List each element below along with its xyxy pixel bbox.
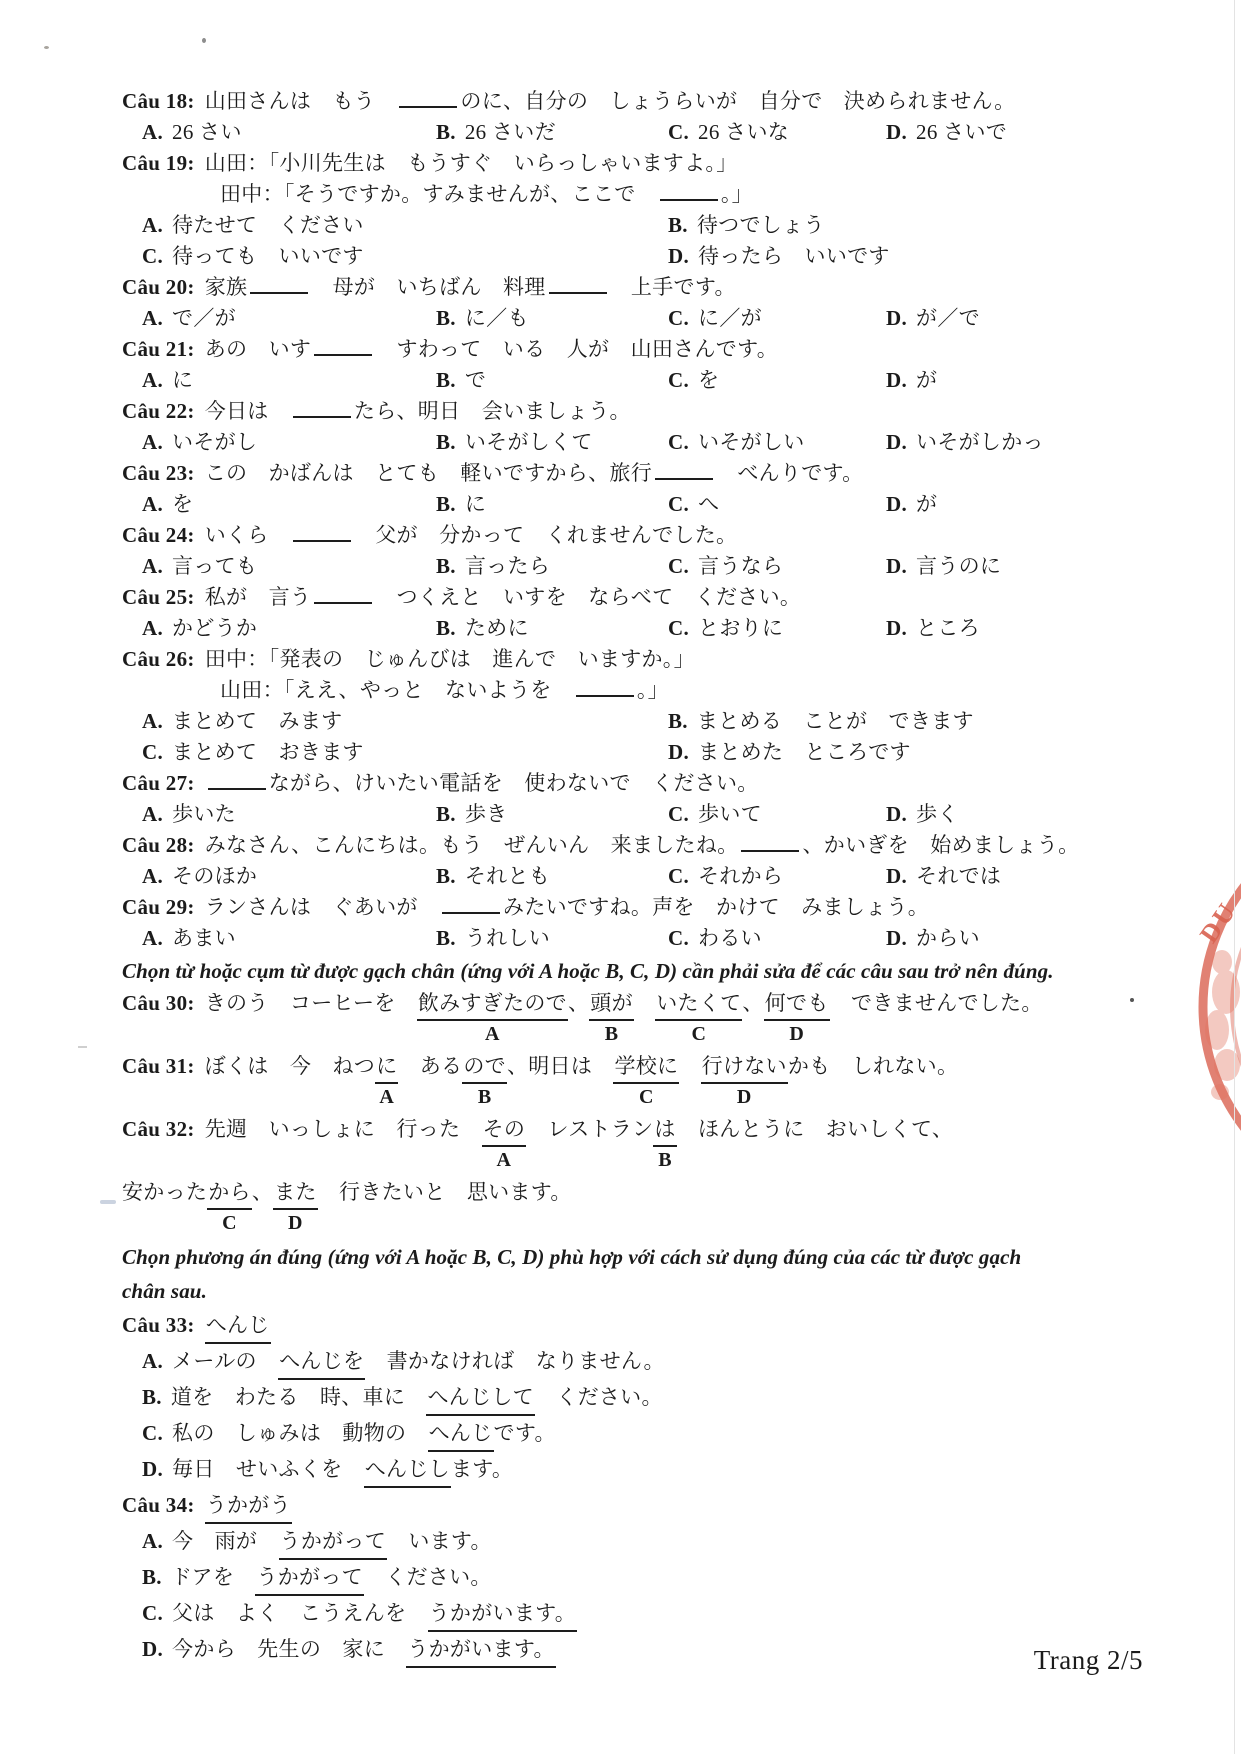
option-D: D.が <box>886 489 1146 520</box>
option-text: いそがしい <box>698 430 805 454</box>
segment-letter: B <box>462 1084 507 1111</box>
question-number: Câu 31: <box>122 1054 195 1078</box>
option-text: 26 さい <box>172 120 242 144</box>
segment-letter: C <box>207 1210 252 1237</box>
options-row: A.かどうかB.ためにC.とおりにD.ところ <box>142 613 1146 644</box>
option-D: D.歩く <box>886 799 1146 830</box>
options-row: A.あまいB.うれしいC.わるいD.からい <box>142 923 1146 954</box>
option-D: D.いそがしかっ <box>886 427 1146 458</box>
stem-text: 父が 分かって くれませんでした。 <box>354 523 737 547</box>
option-text: で／が <box>172 306 236 330</box>
stem-text: 書かなければ なりません。 <box>365 1349 664 1373</box>
underlined-segment: またD <box>273 1177 318 1237</box>
option-letter: C. <box>668 492 689 516</box>
question-number: Câu 29: <box>122 895 195 919</box>
underlined-text: うかがいます。 <box>428 1596 577 1632</box>
option-C: C.へ <box>668 489 886 520</box>
stem-text: ランさんは ぐあいが <box>205 895 439 919</box>
option-text: 言うのに <box>916 554 1001 578</box>
underlined-text: ので <box>462 1051 507 1084</box>
option-B: B.に／も <box>436 303 668 334</box>
option-text: わるい <box>698 926 762 950</box>
question-line: Câu 21:あの いす すわって いる 人が 山田さんです。 <box>122 334 1146 365</box>
option-letter: D. <box>886 120 907 144</box>
section-instruction: Chọn phương án đúng (ứng với A hoặc B, C… <box>122 1240 1146 1308</box>
question-cau20: Câu 20:家族 母が いちばん 料理 上手です。A.で／がB.に／もC.に／… <box>122 272 1146 334</box>
option-A: A.言っても <box>142 551 436 582</box>
question-cau19: Câu 19:山田：「小川先生は もうすぐ いらっしゃいますよ。」田中：「そうで… <box>122 148 1146 272</box>
question-line: Câu 28:みなさん、こんにちは。もう ぜんいん 来ましたね。、かいぎを 始め… <box>122 830 1146 861</box>
option-D: D.26 さいで <box>886 117 1146 148</box>
stem-text: 父は よく こうえんを <box>172 1601 428 1625</box>
stem-text: 私が 言う <box>205 585 312 609</box>
option-letter: A. <box>142 864 163 888</box>
option-B: B.それとも <box>436 861 668 892</box>
option-letter: D. <box>668 244 689 268</box>
option-C: C.歩いて <box>668 799 886 830</box>
stem-text: 安かった <box>122 1180 207 1204</box>
stem-text: 山田：「ええ、やっと ないようを <box>220 678 573 702</box>
underlined-segment: そのA <box>482 1114 527 1174</box>
option-letter: A. <box>142 306 163 330</box>
options-row: A.で／がB.に／もC.に／がD.が／で <box>142 303 1146 334</box>
options-row: A.をB.にC.へD.が <box>142 489 1146 520</box>
option-line-B: B.ドアを うかがって ください。 <box>142 1560 1146 1596</box>
option-text: いそがしかっ <box>916 430 1044 454</box>
stem-text: 山田さんは もう <box>205 89 397 113</box>
option-line-A: A.メールの へんじを 書かなければ なりません。 <box>142 1344 1146 1380</box>
option-letter: D. <box>886 430 907 454</box>
option-A: A.待たせて ください <box>142 210 668 241</box>
question-number: Câu 34: <box>122 1493 195 1517</box>
question-line: Câu 19:山田：「小川先生は もうすぐ いらっしゃいますよ。」 <box>122 148 1146 179</box>
blank-line <box>576 678 634 697</box>
stem-text: 。」 <box>637 678 669 702</box>
underlined-text: いたくて <box>655 988 742 1021</box>
option-text: いそがしくて <box>465 430 593 454</box>
blank-line <box>208 771 266 790</box>
option-text: それから <box>698 864 783 888</box>
stem-text: かも しれない。 <box>788 1054 958 1078</box>
option-letter: D. <box>886 554 907 578</box>
option-text: あまい <box>172 926 236 950</box>
question-cau33: Câu 33:へんじA.メールの へんじを 書かなければ なりません。B.道を … <box>122 1308 1146 1488</box>
underlined-text: また <box>273 1177 318 1210</box>
option-letter: C. <box>668 368 689 392</box>
stem-text: 道を わたる 時、車に <box>171 1385 427 1409</box>
option-text: かどうか <box>172 616 257 640</box>
option-text: に <box>465 492 486 516</box>
option-text: それとも <box>465 864 550 888</box>
option-line-A: A.今 雨が うかがって います。 <box>142 1524 1146 1560</box>
underlined-segment: のでB <box>462 1051 507 1111</box>
stem-text: たら、明日 会いましょう。 <box>354 399 631 423</box>
underlined-text: へんじし <box>364 1452 451 1488</box>
option-letter: A. <box>142 802 163 826</box>
stem-text: ください。 <box>364 1565 492 1589</box>
underlined-text: へんじ <box>205 1308 271 1344</box>
stem-text: ながら、けいたい電話を 使わないで ください。 <box>269 771 759 795</box>
option-letter: B. <box>142 1385 162 1409</box>
option-A: A.を <box>142 489 436 520</box>
stem-text: です。 <box>494 1421 556 1445</box>
option-text: まとめて おきます <box>172 740 364 764</box>
option-A: A.あまい <box>142 923 436 954</box>
instruction-line: Chọn phương án đúng (ứng với A hoặc B, C… <box>122 1240 1146 1274</box>
option-letter: B. <box>436 616 456 640</box>
option-letter: D. <box>142 1457 163 1481</box>
option-B: B.歩き <box>436 799 668 830</box>
blank-line <box>250 275 308 294</box>
option-letter: A. <box>142 368 163 392</box>
option-letter: D. <box>886 368 907 392</box>
option-letter: B. <box>436 368 456 392</box>
stem-text: います。 <box>387 1529 492 1553</box>
option-line-D: D.毎日 せいふくを へんじします。 <box>142 1452 1146 1488</box>
stem-text: 毎日 せいふくを <box>172 1457 364 1481</box>
options-row: A.26 さいB.26 さいだC.26 さいなD.26 さいで <box>142 117 1146 148</box>
page-number: Trang 2/5 <box>1034 1645 1143 1676</box>
option-D: D.言うのに <box>886 551 1146 582</box>
stem-text: 今から 先生の 家に <box>172 1637 406 1661</box>
section-instruction: Chọn từ hoặc cụm từ được gạch chân (ứng … <box>122 954 1146 988</box>
option-text: まとめる ことが できます <box>697 709 974 733</box>
stem-text: 家族 <box>205 275 248 299</box>
option-text: それでは <box>916 864 1001 888</box>
stem-text: いくら <box>205 523 290 547</box>
underlined-text: うかがいます。 <box>406 1632 555 1668</box>
segment-letter: D <box>273 1210 318 1237</box>
underlined-segment: はB <box>653 1114 676 1174</box>
scan-mark <box>78 1046 87 1048</box>
stem-text: 私の しゅみは 動物の <box>172 1421 428 1445</box>
underlined-text: 行けない <box>701 1051 788 1084</box>
blank-line <box>655 461 713 480</box>
question-number: Câu 25: <box>122 585 195 609</box>
underlined-text: うかがう <box>205 1488 292 1524</box>
options-row: A.言ってもB.言ったらC.言うならD.言うのに <box>142 551 1146 582</box>
underlined-text: に <box>375 1051 398 1084</box>
question-cau21: Câu 21:あの いす すわって いる 人が 山田さんです。A.にB.でC.を… <box>122 334 1146 396</box>
option-D: D.待ったら いいです <box>668 241 1146 272</box>
question-cau29: Câu 29:ランさんは ぐあいが みたいですね。声を かけて みましょう。A.… <box>122 892 1146 954</box>
segment-letter: B <box>653 1147 676 1174</box>
question-number: Câu 28: <box>122 833 195 857</box>
question-line: 山田：「ええ、やっと ないようを 。」 <box>220 675 1146 706</box>
question-line: Câu 25:私が 言う つくえと いすを ならべて ください。 <box>122 582 1146 613</box>
option-text: を <box>698 368 719 392</box>
option-D: D.それでは <box>886 861 1146 892</box>
option-letter: C. <box>668 306 689 330</box>
stem-text: 今 雨が <box>172 1529 279 1553</box>
question-cau30: Câu 30:きのう コーヒーを 飲みすぎたのでA、頭がB いたくてC、何でもD… <box>122 988 1146 1051</box>
stem-text: 母が いちばん 料理 <box>311 275 545 299</box>
question-cau25: Câu 25:私が 言う つくえと いすを ならべて ください。A.かどうかB.… <box>122 582 1146 644</box>
option-letter: D. <box>886 306 907 330</box>
option-letter: B. <box>142 1565 162 1589</box>
question-line: Câu 22:今日は たら、明日 会いましょう。 <box>122 396 1146 427</box>
question-cau32: Câu 32:先週 いっしょに 行った そのA レストランはB ほんとうに おい… <box>122 1114 1146 1240</box>
option-letter: C. <box>142 740 163 764</box>
stem-text: ます。 <box>451 1457 513 1481</box>
underlined-segment: 行けないD <box>701 1051 788 1111</box>
question-number: Câu 21: <box>122 337 195 361</box>
question-number: Câu 27: <box>122 771 195 795</box>
option-text: で <box>465 368 486 392</box>
options-row: A.そのほかB.それともC.それからD.それでは <box>142 861 1146 892</box>
question-line: Câu 29:ランさんは ぐあいが みたいですね。声を かけて みましょう。 <box>122 892 1146 923</box>
option-letter: C. <box>668 616 689 640</box>
underlined-segment: 頭がB <box>589 988 634 1048</box>
stem-text: 、 <box>568 991 589 1015</box>
underlined-text: 何でも <box>764 988 830 1021</box>
option-B: B.に <box>436 489 668 520</box>
question-number: Câu 20: <box>122 275 195 299</box>
stem-text: ドアを <box>171 1565 256 1589</box>
blank-line <box>549 275 607 294</box>
underlined-segment: うかがって <box>255 1560 364 1596</box>
blank-line <box>741 833 799 852</box>
stem-text <box>679 1054 700 1078</box>
question-line: Câu 24:いくら 父が 分かって くれませんでした。 <box>122 520 1146 551</box>
option-letter: C. <box>668 864 689 888</box>
stem-text: 今日は <box>205 399 290 423</box>
segment-letter: D <box>764 1021 830 1048</box>
stem-text: つくえと いすを ならべて ください。 <box>375 585 801 609</box>
option-letter: D. <box>668 740 689 764</box>
option-letter: D. <box>886 802 907 826</box>
stem-text: みたいですね。声を かけて みましょう。 <box>503 895 929 919</box>
question-number: Câu 24: <box>122 523 195 547</box>
underlined-text: は <box>653 1114 676 1147</box>
underlined-segment: へんじして <box>426 1380 535 1416</box>
option-text: 言っても <box>172 554 257 578</box>
underlined-segment: 何でもD <box>764 988 830 1048</box>
option-C: C.待っても いいです <box>142 241 668 272</box>
segment-letter: A <box>375 1084 398 1111</box>
option-text: からい <box>916 926 980 950</box>
option-text: そのほか <box>172 864 257 888</box>
option-B: B.まとめる ことが できます <box>668 706 1146 737</box>
option-letter: A. <box>142 430 163 454</box>
option-text: が <box>916 492 937 516</box>
underlined-segment: うかがう <box>205 1488 292 1524</box>
option-A: A.に <box>142 365 436 396</box>
option-text: いそがし <box>172 430 257 454</box>
stem-text: できませんでした。 <box>830 991 1043 1015</box>
option-C: C.を <box>668 365 886 396</box>
underlined-text: 学校に <box>613 1051 679 1084</box>
scanned-exam-page: { "page": { "footer_label": "Trang 2/5",… <box>0 0 1241 1754</box>
option-letter: B. <box>436 554 456 578</box>
option-B: B.いそがしくて <box>436 427 668 458</box>
option-letter: C. <box>668 430 689 454</box>
option-text: 言ったら <box>465 554 550 578</box>
blank-line <box>442 895 500 914</box>
option-text: まとめた ところです <box>698 740 911 764</box>
underlined-text: うかがって <box>255 1560 364 1596</box>
underlined-text: 飲みすぎたので <box>417 988 568 1021</box>
question-line: Câu 33:へんじ <box>122 1308 1146 1344</box>
option-letter: C. <box>668 926 689 950</box>
option-line-C: C.父は よく こうえんを うかがいます。 <box>142 1596 1146 1632</box>
option-D: D.ところ <box>886 613 1146 644</box>
stem-text: ぼくは 今 ねつ <box>205 1054 375 1078</box>
stem-text: ください。 <box>535 1385 663 1409</box>
option-C: C.とおりに <box>668 613 886 644</box>
option-letter: A. <box>142 213 163 237</box>
stem-text <box>634 991 655 1015</box>
stem-text: 。」 <box>721 182 753 206</box>
question-line: Câu 34:うかがう <box>122 1488 1146 1524</box>
stem-text: 、 <box>252 1180 273 1204</box>
stem-text: ほんとうに おいしくて、 <box>677 1117 953 1141</box>
option-letter: D. <box>886 864 907 888</box>
instruction-line: chân sau. <box>122 1274 1146 1308</box>
option-letter: B. <box>436 430 456 454</box>
option-text: ところ <box>916 616 980 640</box>
option-letter: A. <box>142 120 163 144</box>
option-letter: B. <box>436 306 456 330</box>
option-text: 待たせて ください <box>172 213 364 237</box>
stem-text: 田中：「そうですか。すみませんが、ここで <box>220 182 657 206</box>
question-line: Câu 27:ながら、けいたい電話を 使わないで ください。 <box>122 768 1146 799</box>
option-text: 歩いた <box>172 802 236 826</box>
option-letter: B. <box>436 492 456 516</box>
option-letter: D. <box>886 616 907 640</box>
option-letter: A. <box>142 926 163 950</box>
option-text: 26 さいな <box>698 120 789 144</box>
blank-line <box>660 182 718 201</box>
stem-text: メールの <box>172 1349 278 1373</box>
option-text: 26 さいで <box>916 120 1007 144</box>
stem-text: みなさん、こんにちは。もう ぜんいん 来ましたね。 <box>205 833 739 857</box>
option-text: 歩いて <box>698 802 762 826</box>
options-row: A.まとめて みますB.まとめる ことが できますC.まとめて おきますD.まと… <box>142 706 1146 768</box>
question-line: Câu 23:この かばんは とても 軽いですから、旅行 べんりです。 <box>122 458 1146 489</box>
underlined-text: へんじして <box>426 1380 535 1416</box>
option-letter: A. <box>142 492 163 516</box>
option-line-D: D.今から 先生の 家に うかがいます。 <box>142 1632 1146 1668</box>
option-letter: C. <box>142 1421 163 1445</box>
option-text: ために <box>465 616 529 640</box>
stem-text: 田中：「発表の じゅんびは 進んで いますか。」 <box>205 647 695 671</box>
scan-speck <box>1130 998 1134 1002</box>
question-number: Câu 19: <box>122 151 195 175</box>
option-text: を <box>172 492 193 516</box>
underlined-segment: うかがって <box>279 1524 388 1560</box>
option-text: に／が <box>698 306 762 330</box>
stem-text: 上手です。 <box>610 275 736 299</box>
underlined-text: その <box>482 1114 527 1147</box>
option-D: D.が／で <box>886 303 1146 334</box>
exam-body: Câu 18:山田さんは もう のに、自分の しょうらいが 自分で 決められませ… <box>122 86 1146 1668</box>
option-C: C.いそがしい <box>668 427 886 458</box>
underlined-text: から <box>207 1177 252 1210</box>
options-row: A.いそがしB.いそがしくてC.いそがしいD.いそがしかっ <box>142 427 1146 458</box>
option-A: A.26 さい <box>142 117 436 148</box>
option-D: D.まとめた ところです <box>668 737 1146 768</box>
option-C: C.に／が <box>668 303 886 334</box>
blank-line <box>314 585 372 604</box>
option-letter: D. <box>142 1637 163 1661</box>
option-D: D.が <box>886 365 1146 396</box>
segment-letter: C <box>613 1084 679 1111</box>
options-row: A.待たせて くださいB.待つでしょうC.待っても いいですD.待ったら いいで… <box>142 210 1146 272</box>
option-text: へ <box>698 492 719 516</box>
scan-edge-line <box>1234 0 1235 1754</box>
option-text: 待つでしょう <box>697 213 825 237</box>
option-D: D.からい <box>886 923 1146 954</box>
question-line: Câu 18:山田さんは もう のに、自分の しょうらいが 自分で 決められませ… <box>122 86 1146 117</box>
stem-text: 山田：「小川先生は もうすぐ いらっしゃいますよ。」 <box>205 151 738 175</box>
question-cau31: Câu 31:ぼくは 今 ねつにA あるのでB、明日は 学校にC 行けないDかも… <box>122 1051 1146 1114</box>
option-C: C.26 さいな <box>668 117 886 148</box>
blank-line <box>293 399 351 418</box>
scan-speck <box>44 46 49 49</box>
question-number: Câu 32: <box>122 1117 195 1141</box>
question-line: 安かったからC、またD 行きたいと 思います。 <box>122 1177 1146 1240</box>
option-B: B.ために <box>436 613 668 644</box>
option-A: A.まとめて みます <box>142 706 668 737</box>
option-line-B: B.道を わたる 時、車に へんじして ください。 <box>142 1380 1146 1416</box>
option-text: 言うなら <box>698 554 783 578</box>
option-text: うれしい <box>465 926 550 950</box>
option-B: B.待つでしょう <box>668 210 1146 241</box>
stem-text: あの いす <box>205 337 312 361</box>
option-letter: B. <box>436 802 456 826</box>
option-letter: B. <box>436 120 456 144</box>
underlined-segment: 学校にC <box>613 1051 679 1111</box>
underlined-segment: へんじ <box>205 1308 271 1344</box>
option-text: 26 さいだ <box>465 120 556 144</box>
underlined-segment: にA <box>375 1051 398 1111</box>
option-letter: B. <box>436 926 456 950</box>
options-row: A.にB.でC.をD.が <box>142 365 1146 396</box>
question-number: Câu 33: <box>122 1313 195 1337</box>
question-line: 田中：「そうですか。すみませんが、ここで 。」 <box>220 179 1146 210</box>
option-letter: C. <box>142 1601 163 1625</box>
option-letter: B. <box>668 709 688 733</box>
blank-line <box>314 337 372 356</box>
option-letter: C. <box>142 244 163 268</box>
option-letter: A. <box>142 1349 163 1373</box>
option-text: が <box>916 368 937 392</box>
question-number: Câu 30: <box>122 991 195 1015</box>
option-C: C.言うなら <box>668 551 886 582</box>
underlined-text: へんじ <box>428 1416 494 1452</box>
option-text: 待っても いいです <box>172 244 364 268</box>
question-cau34: Câu 34:うかがうA.今 雨が うかがって います。B.ドアを うかがって … <box>122 1488 1146 1668</box>
option-A: A.で／が <box>142 303 436 334</box>
option-letter: D. <box>886 926 907 950</box>
option-text: が／で <box>916 306 980 330</box>
underlined-segment: からC <box>207 1177 252 1237</box>
question-cau18: Câu 18:山田さんは もう のに、自分の しょうらいが 自分で 決められませ… <box>122 86 1146 148</box>
option-B: B.26 さいだ <box>436 117 668 148</box>
option-A: A.そのほか <box>142 861 436 892</box>
question-cau27: Câu 27:ながら、けいたい電話を 使わないで ください。A.歩いたB.歩きC… <box>122 768 1146 830</box>
option-B: B.で <box>436 365 668 396</box>
underlined-segment: うかがいます。 <box>428 1596 577 1632</box>
stem-text: この かばんは とても 軽いですから、旅行 <box>205 461 652 485</box>
question-cau26: Câu 26:田中：「発表の じゅんびは 進んで いますか。」山田：「ええ、やっ… <box>122 644 1146 768</box>
stem-text: 、かいぎを 始めましょう。 <box>802 833 1079 857</box>
underlined-segment: いたくてC <box>655 988 742 1048</box>
segment-letter: A <box>417 1021 568 1048</box>
option-C: C.まとめて おきます <box>142 737 668 768</box>
stem-text: レストラン <box>526 1117 653 1141</box>
